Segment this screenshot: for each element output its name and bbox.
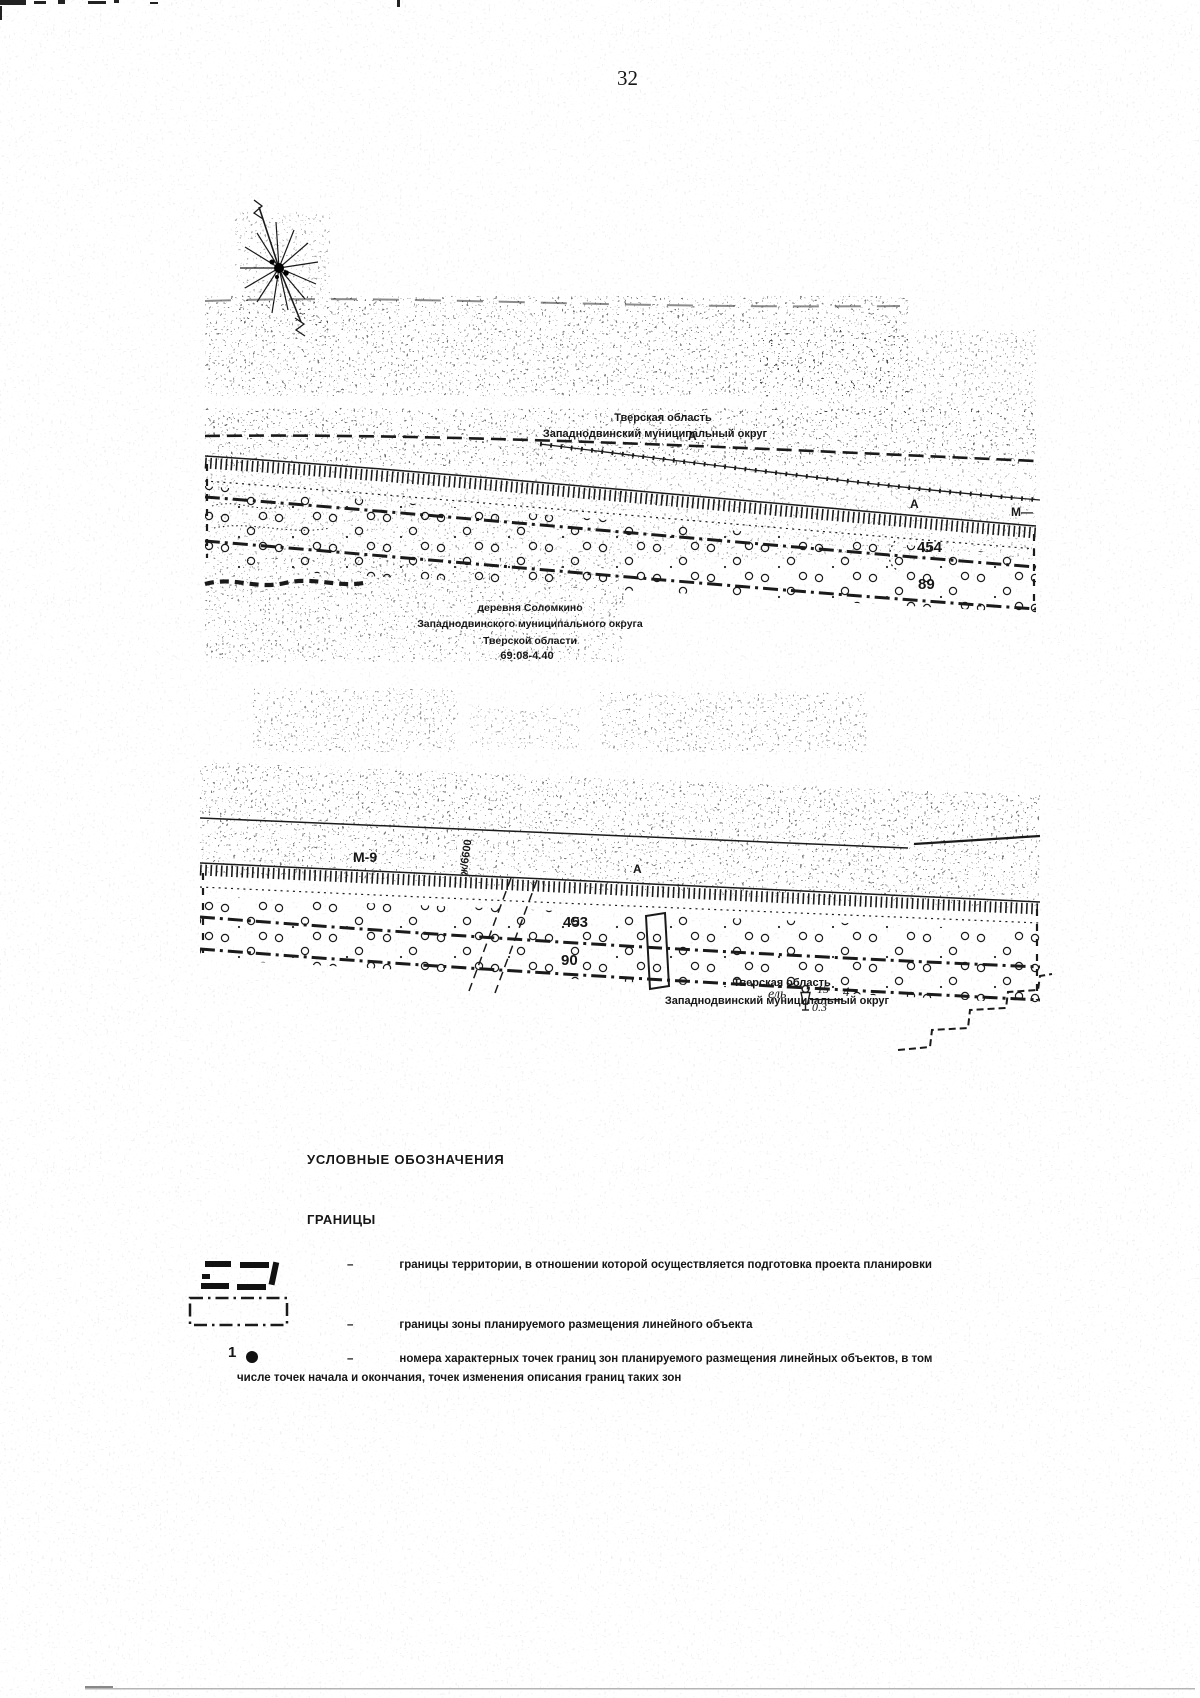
region-label-line2: Западнодвинский муниципальный округ: [665, 995, 889, 1007]
characteristic-point-90: 90: [561, 952, 578, 969]
scanned-document-page: 32 Тверская область Западнодвинский муни…: [0, 0, 1200, 1698]
legend-item-dash: –: [347, 1353, 353, 1365]
legend-item-dash: –: [347, 1319, 353, 1331]
characteristic-point-454: 454: [917, 539, 942, 556]
cadastral-quarter-number: 69:08-4.40: [500, 650, 553, 662]
legend-item-text: номера характерных точек границ зон план…: [237, 1353, 932, 1384]
region-label-line1: Тверская область: [614, 412, 712, 424]
characteristic-point-89: 89: [918, 576, 935, 593]
legend-section-title: ГРАНИЦЫ: [307, 1212, 376, 1227]
region-label-line2: Западнодвинский муниципальный округ: [543, 428, 767, 440]
legend-item-text: границы зоны планируемого размещения лин…: [399, 1319, 752, 1331]
legend-item-zone: –границы зоны планируемого размещения ли…: [237, 1316, 967, 1335]
map-artwork: [0, 0, 1200, 1698]
village-label-line1: деревня Соломкино: [477, 602, 582, 614]
legend-item-point-numbers: –номера характерных точек границ зон пла…: [237, 1350, 967, 1388]
village-label-line2: Западнодвинского муниципального округа: [417, 618, 643, 630]
characteristic-point-453: 453: [563, 914, 588, 931]
road-label-m9: М-9: [353, 849, 377, 865]
section-marker-a: А: [910, 497, 919, 511]
section-marker-a: А: [688, 429, 697, 443]
page-number: 32: [617, 66, 638, 91]
road-label-cutoff: М—: [1011, 505, 1033, 519]
legend-item-text: границы территории, в отношении которой …: [399, 1259, 932, 1271]
region-label-line1: Тверская область: [733, 977, 831, 989]
legend-item-territory: –границы территории, в отношении которой…: [237, 1256, 967, 1275]
legend-title: УСЛОВНЫЕ ОБОЗНАЧЕНИЯ: [307, 1152, 505, 1167]
point-number-sample: 1: [228, 1344, 236, 1361]
village-label-line3: Тверской области: [483, 635, 577, 647]
section-marker-a: А: [633, 862, 642, 876]
legend-item-dash: –: [347, 1259, 353, 1271]
